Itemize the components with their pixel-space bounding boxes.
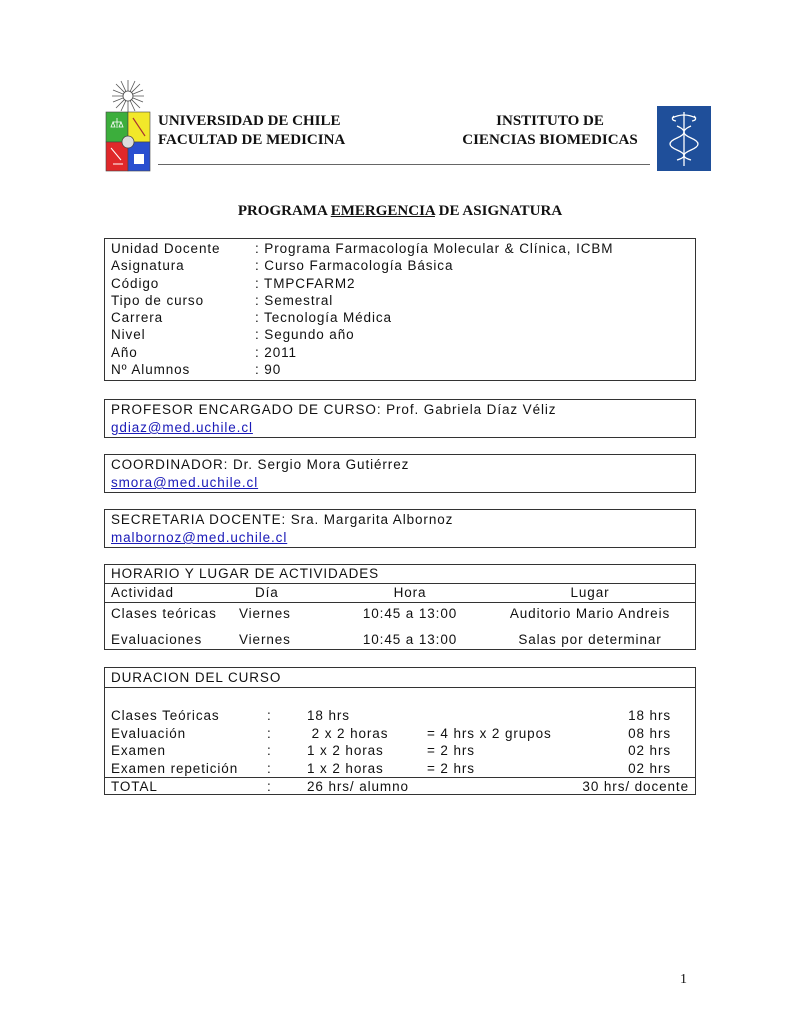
duration-hours: 02 hrs xyxy=(607,742,695,760)
info-label: Asignatura xyxy=(111,257,255,274)
caduceus-icon xyxy=(657,106,711,171)
info-row: Tipo de curso: Semestral xyxy=(105,292,695,309)
schedule-row: Evaluaciones Viernes 10:45 a 13:00 Salas… xyxy=(105,631,695,649)
duration-box: DURACION DEL CURSO Clases Teóricas:18 hr… xyxy=(104,667,696,795)
secretary-email-link[interactable]: malbornoz@med.uchile.cl xyxy=(111,529,689,547)
duration-label: Examen xyxy=(111,742,267,760)
total-per-teacher: 30 hrs/ docente xyxy=(507,778,695,795)
day-cell: Viernes xyxy=(239,605,335,623)
separator: : xyxy=(267,742,307,760)
info-row: Asignatura: Curso Farmacología Básica xyxy=(105,257,695,274)
info-value: : TMPCFARM2 xyxy=(255,275,695,292)
duration-calc: 18 hrs xyxy=(307,707,427,725)
separator: : xyxy=(267,778,307,795)
duration-result: = 4 hrs x 2 grupos xyxy=(427,725,607,743)
info-row: Nivel: Segundo año xyxy=(105,326,695,343)
info-label: Unidad Docente xyxy=(111,240,255,257)
place-cell: Auditorio Mario Andreis xyxy=(485,605,695,623)
info-row: Año: 2011 xyxy=(105,344,695,361)
info-label: Código xyxy=(111,275,255,292)
title-suffix: DE ASIGNATURA xyxy=(435,203,562,219)
info-row: Unidad Docente: Programa Farmacología Mo… xyxy=(105,240,695,257)
coordinator-email-link[interactable]: smora@med.uchile.cl xyxy=(111,474,689,492)
activity-cell: Clases teóricas xyxy=(111,605,239,623)
info-value: : 90 xyxy=(255,361,695,378)
course-info-box: Unidad Docente: Programa Farmacología Mo… xyxy=(104,238,696,381)
institute-line: CIENCIAS BIOMEDICAS xyxy=(455,131,645,150)
duration-result xyxy=(427,707,607,725)
info-value: : 2011 xyxy=(255,344,695,361)
info-value: : Semestral xyxy=(255,292,695,309)
column-header: Actividad xyxy=(111,584,239,602)
duration-hours: 08 hrs xyxy=(607,725,695,743)
info-value: : Segundo año xyxy=(255,326,695,343)
header-divider xyxy=(158,164,650,165)
info-label: Año xyxy=(111,344,255,361)
info-label: Tipo de curso xyxy=(111,292,255,309)
duration-row: Evaluación: 2 x 2 horas= 4 hrs x 2 grupo… xyxy=(105,725,695,743)
info-row: Nº Alumnos: 90 xyxy=(105,361,695,378)
duration-row: Examen repetición:1 x 2 horas= 2 hrs02 h… xyxy=(105,760,695,778)
duration-title: DURACION DEL CURSO xyxy=(105,668,695,688)
duration-calc: 1 x 2 horas xyxy=(307,742,427,760)
schedule-title: HORARIO Y LUGAR DE ACTIVIDADES xyxy=(105,565,695,584)
institute-name: INSTITUTO DE CIENCIAS BIOMEDICAS xyxy=(455,112,645,150)
total-per-student: 26 hrs/ alumno xyxy=(307,778,507,795)
universidad-de-chile-logo xyxy=(105,78,151,172)
duration-total-row: TOTAL:26 hrs/ alumno30 hrs/ docente xyxy=(105,777,695,795)
place-cell: Salas por determinar xyxy=(485,631,695,649)
professor-line: PROFESOR ENCARGADO DE CURSO: Prof. Gabri… xyxy=(111,401,689,419)
duration-row: Clases Teóricas:18 hrs18 hrs xyxy=(105,707,695,725)
info-value: : Programa Farmacología Molecular & Clín… xyxy=(255,240,695,257)
column-header: Día xyxy=(239,584,335,602)
schedule-row: Clases teóricas Viernes 10:45 a 13:00 Au… xyxy=(105,605,695,623)
duration-hours: 18 hrs xyxy=(607,707,695,725)
schedule-header-row: Actividad Día Hora Lugar xyxy=(105,584,695,603)
duration-hours: 02 hrs xyxy=(607,760,695,778)
duration-calc: 2 x 2 horas xyxy=(307,725,427,743)
time-cell: 10:45 a 13:00 xyxy=(335,605,485,623)
info-label: Nivel xyxy=(111,326,255,343)
professor-email-link[interactable]: gdiaz@med.uchile.cl xyxy=(111,419,689,437)
page-number: 1 xyxy=(680,972,687,988)
professor-box: PROFESOR ENCARGADO DE CURSO: Prof. Gabri… xyxy=(104,399,696,438)
info-value: : Tecnología Médica xyxy=(255,309,695,326)
university-line: UNIVERSIDAD DE CHILE xyxy=(158,112,345,131)
activity-cell: Evaluaciones xyxy=(111,631,239,649)
column-header: Lugar xyxy=(485,584,695,602)
duration-label: Clases Teóricas xyxy=(111,707,267,725)
duration-row: Examen:1 x 2 horas= 2 hrs02 hrs xyxy=(105,742,695,760)
coordinator-line: COORDINADOR: Dr. Sergio Mora Gutiérrez xyxy=(111,456,689,474)
duration-calc: 1 x 2 horas xyxy=(307,760,427,778)
faculty-line: FACULTAD DE MEDICINA xyxy=(158,131,345,150)
duration-label: Examen repetición xyxy=(111,760,267,778)
info-row: Código: TMPCFARM2 xyxy=(105,275,695,292)
secretary-box: SECRETARIA DOCENTE: Sra. Margarita Albor… xyxy=(104,509,696,548)
time-cell: 10:45 a 13:00 xyxy=(335,631,485,649)
day-cell: Viernes xyxy=(239,631,335,649)
separator: : xyxy=(267,725,307,743)
duration-result: = 2 hrs xyxy=(427,760,607,778)
info-value: : Curso Farmacología Básica xyxy=(255,257,695,274)
schedule-box: HORARIO Y LUGAR DE ACTIVIDADES Actividad… xyxy=(104,564,696,650)
title-emphasis: EMERGENCIA xyxy=(331,203,435,219)
column-header: Hora xyxy=(335,584,485,602)
document-title: PROGRAMA EMERGENCIA DE ASIGNATURA xyxy=(0,203,800,220)
info-label: Carrera xyxy=(111,309,255,326)
secretary-line: SECRETARIA DOCENTE: Sra. Margarita Albor… xyxy=(111,511,689,529)
coordinator-box: COORDINADOR: Dr. Sergio Mora Gutiérrez s… xyxy=(104,454,696,493)
university-name: UNIVERSIDAD DE CHILE FACULTAD DE MEDICIN… xyxy=(158,112,345,150)
duration-label: Evaluación xyxy=(111,725,267,743)
info-row: Carrera: Tecnología Médica xyxy=(105,309,695,326)
institute-line: INSTITUTO DE xyxy=(455,112,645,131)
title-prefix: PROGRAMA xyxy=(238,203,331,219)
separator: : xyxy=(267,760,307,778)
separator: : xyxy=(267,707,307,725)
info-label: Nº Alumnos xyxy=(111,361,255,378)
duration-result: = 2 hrs xyxy=(427,742,607,760)
total-label: TOTAL xyxy=(111,778,267,795)
